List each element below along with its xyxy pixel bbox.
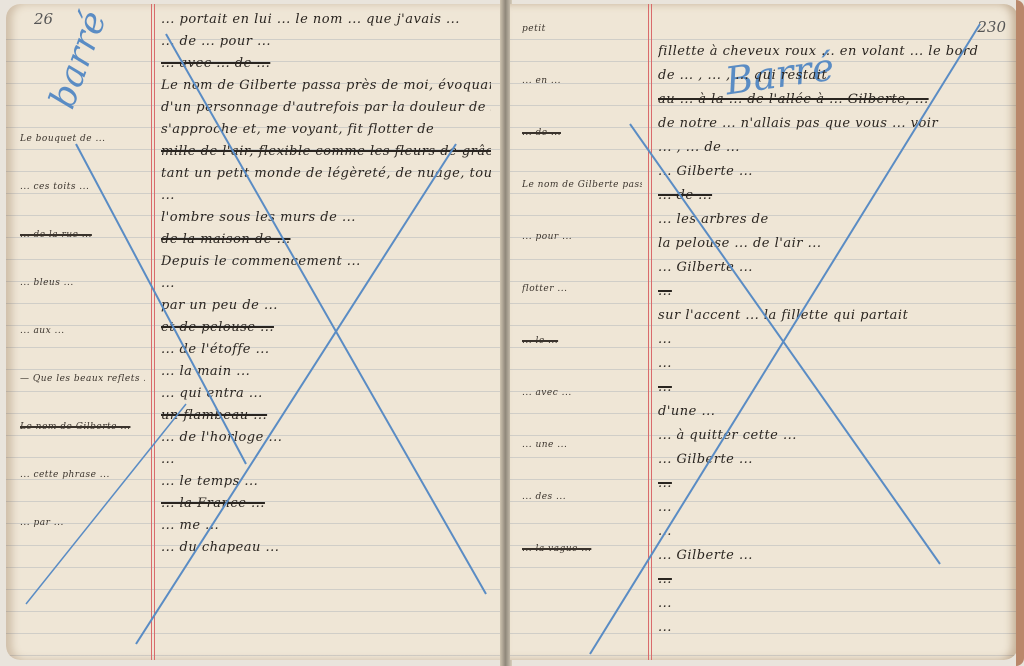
manuscript-line: ... les arbres de — [658, 212, 1003, 227]
margin-note: ... une ... — [522, 440, 642, 450]
manuscript-line: ... de ... — [658, 188, 1003, 203]
margin-note: ... de ... — [522, 128, 642, 138]
manuscript-line: ... — [161, 452, 491, 467]
manuscript-line: ... , ... de ... — [658, 140, 1003, 155]
margin-note: Le nom de Gilberte passa près de moi ... — [522, 180, 642, 190]
manuscript-line: Depuis le commencement ... — [161, 254, 491, 269]
manuscript-line: ... de l'horloge ... — [161, 430, 491, 445]
manuscript-line: la pelouse ... de l'air ... — [658, 236, 1003, 251]
left-margin-line — [151, 4, 152, 660]
manuscript-line: ... — [658, 596, 1003, 611]
margin-note: ... la vague ... — [522, 544, 642, 554]
margin-note: ... avec ... — [522, 388, 642, 398]
manuscript-line: ... portait en lui ... le nom ... que j'… — [161, 12, 491, 27]
manuscript-line: ... la France ... — [161, 496, 491, 511]
manuscript-line: mille de l'air, flexible comme les fleur… — [161, 144, 491, 159]
manuscript-line: ... — [658, 380, 1003, 395]
margin-note: Le nom de Gilberte ... — [20, 422, 145, 432]
left-page: 26 barré Le bouquet de ...... ces toits … — [6, 4, 502, 660]
margin-note: ... des ... — [522, 492, 642, 502]
manuscript-line: fillette à cheveux roux ... en volant ..… — [658, 44, 1003, 59]
manuscript-line: ... de l'étoffe ... — [161, 342, 491, 357]
manuscript-line: ... me ... — [161, 518, 491, 533]
right-margin-line-2 — [651, 4, 652, 660]
manuscript-line: de la maison de ... — [161, 232, 491, 247]
manuscript-line: ... la main ... — [161, 364, 491, 379]
left-margin-line-2 — [154, 4, 155, 660]
manuscript-line: ... — [161, 188, 491, 203]
margin-note: — Que les beaux reflets ... — [20, 374, 145, 384]
manuscript-line: de notre ... n'allais pas que vous ... v… — [658, 116, 1003, 131]
manuscript-line: ... Gilberte ... — [658, 164, 1003, 179]
manuscript-line: sur l'accent ... la fillette qui partait — [658, 308, 1003, 323]
manuscript-line: ... — [658, 476, 1003, 491]
margin-note: ... pour ... — [522, 232, 642, 242]
manuscript-line: ... Gilberte ... — [658, 452, 1003, 467]
manuscript-line: ... — [161, 276, 491, 291]
manuscript-line: s'approche et, me voyant, fit flotter de — [161, 122, 491, 137]
page-edge — [1016, 0, 1024, 666]
margin-note: ... le ... — [522, 336, 642, 346]
manuscript-line: ... — [658, 620, 1003, 635]
manuscript-line: d'un personnage d'autrefois par la doule… — [161, 100, 491, 115]
margin-note: ... de la rue ... — [20, 230, 145, 240]
right-page: 230 Barré petit... en ...... de ...Le no… — [510, 4, 1018, 660]
margin-note: petit — [522, 24, 642, 34]
margin-note: ... ces toits ... — [20, 182, 145, 192]
manuscript-line: ... Gilberte ... — [658, 260, 1003, 275]
manuscript-line: ... — [658, 332, 1003, 347]
manuscript-line: ... de ... pour ... — [161, 34, 491, 49]
manuscript-line: ... le temps ... — [161, 474, 491, 489]
margin-note: ... cette phrase ... — [20, 470, 145, 480]
manuscript-line: et de pelouse ... — [161, 320, 491, 335]
notebook-spread: 26 barré Le bouquet de ...... ces toits … — [0, 0, 1024, 666]
manuscript-line: ... du chapeau ... — [161, 540, 491, 555]
margin-note: ... en ... — [522, 76, 642, 86]
margin-note: ... aux ... — [20, 326, 145, 336]
manuscript-line: Le nom de Gilberte passa près de moi, év… — [161, 78, 491, 93]
manuscript-line: ... à quitter cette ... — [658, 428, 1003, 443]
manuscript-line: par un peu de ... — [161, 298, 491, 313]
manuscript-line: l'ombre sous les murs de ... — [161, 210, 491, 225]
margin-note: ... bleus ... — [20, 278, 145, 288]
manuscript-line: au ... à la ... de l'allée à ... Gilbert… — [658, 92, 1003, 107]
manuscript-line: ... — [658, 572, 1003, 587]
manuscript-line: de ... , ... , ... qui restait — [658, 68, 1003, 83]
margin-note: Le bouquet de ... — [20, 134, 145, 144]
right-margin-line — [648, 4, 649, 660]
manuscript-line: un flambeau ... — [161, 408, 491, 423]
page-number-left: 26 — [34, 10, 53, 28]
margin-note: ... par ... — [20, 518, 145, 528]
manuscript-line: ... — [658, 356, 1003, 371]
manuscript-line: tant un petit monde de légèreté, de nuag… — [161, 166, 491, 181]
manuscript-line: ... avec ... de ... — [161, 56, 491, 71]
page-number-right: 230 — [977, 18, 1006, 36]
manuscript-line: ... Gilberte ... — [658, 548, 1003, 563]
manuscript-line: d'une ... — [658, 404, 1003, 419]
margin-note: flotter ... — [522, 284, 642, 294]
manuscript-line: ... qui entra ... — [161, 386, 491, 401]
manuscript-line: ... — [658, 284, 1003, 299]
manuscript-line: ... — [658, 524, 1003, 539]
manuscript-line: ... — [658, 500, 1003, 515]
